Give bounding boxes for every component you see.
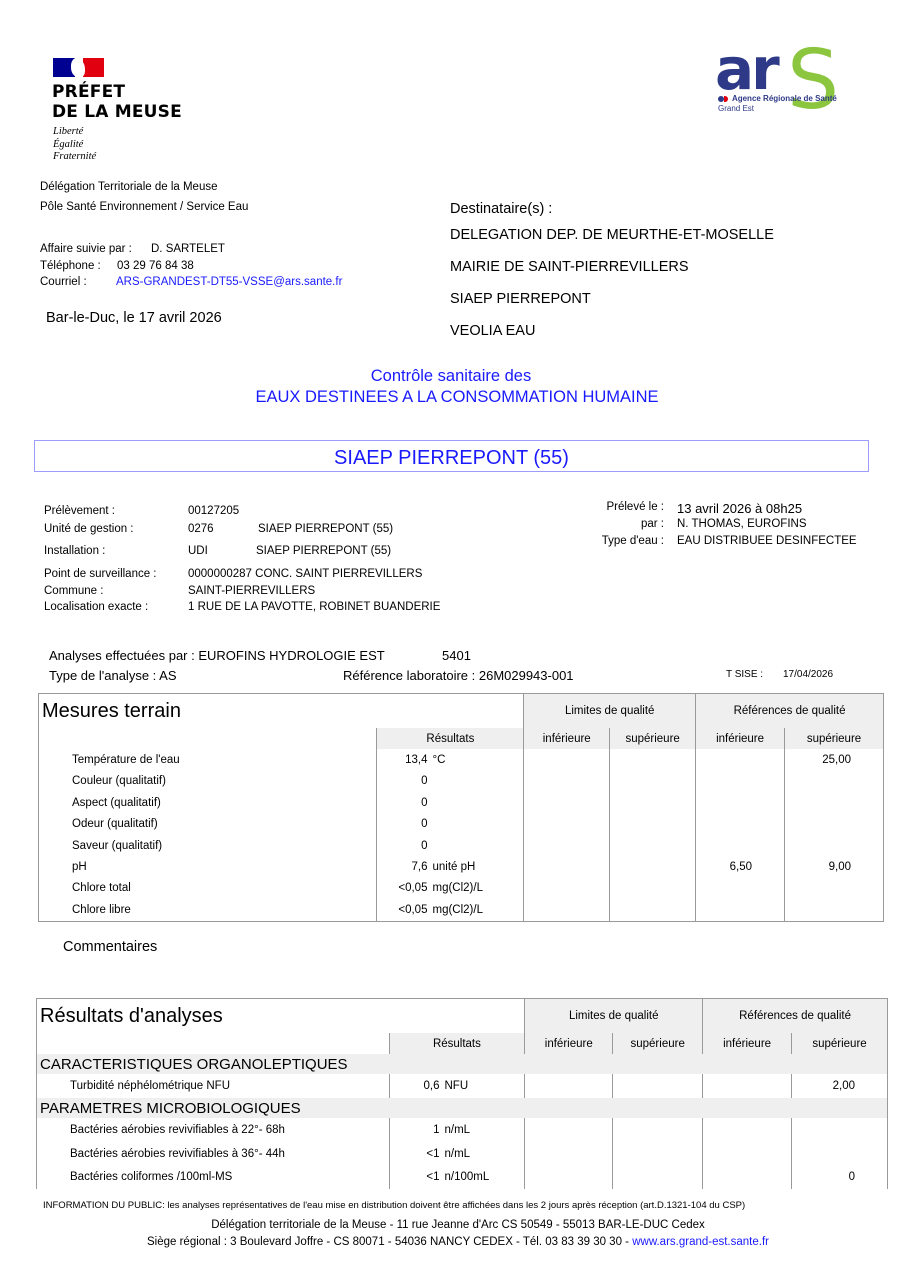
parameter-name: Température de l'eau <box>39 749 377 770</box>
result-cell: 0 <box>377 835 524 856</box>
limites-header: Limites de qualité <box>525 999 703 1034</box>
title-line-2: EAUX DESTINEES A LA CONSOMMATION HUMAINE <box>0 388 900 407</box>
limit-superieure <box>613 1118 703 1142</box>
parameter-name: Chlore total <box>39 878 377 899</box>
resultats-analyses-table: Résultats d'analyses Limites de qualité … <box>36 998 888 1189</box>
result-cell: 1n/mL <box>389 1118 525 1142</box>
section-name: CARACTERISTIQUES ORGANOLEPTIQUES <box>37 1054 888 1074</box>
preleve-le-value: 13 avril 2026 à 08h25 <box>677 501 802 516</box>
limit-superieure <box>610 878 696 899</box>
limit-superieure <box>610 792 696 813</box>
reference-superieure <box>785 792 884 813</box>
references-header: Références de qualité <box>703 999 888 1034</box>
result-value: 1 <box>390 1124 440 1136</box>
references-header: Références de qualité <box>696 694 884 729</box>
result-value: <1 <box>390 1171 440 1183</box>
limit-inferieure <box>524 814 610 835</box>
footer-address: Délégation territoriale de la Meuse - 11… <box>0 1219 900 1231</box>
parameter-name: Bactéries aérobies revivifiables à 36°- … <box>37 1142 390 1166</box>
analyses-effectuees: Analyses effectuées par : EUROFINS HYDRO… <box>49 648 385 663</box>
result-unit: mg(Cl2)/L <box>427 882 482 894</box>
table-row: Bactéries aérobies revivifiables à 36°- … <box>37 1142 888 1166</box>
sender-delegation: Délégation Territoriale de la Meuse <box>40 181 218 193</box>
preleve-le-label: Prélevé le : <box>606 501 664 513</box>
lab-code: 5401 <box>442 648 471 663</box>
recipients-label: Destinataire(s) : <box>450 201 552 217</box>
lim-inf-header: inférieure <box>524 728 610 749</box>
result-value: <0,05 <box>377 882 427 894</box>
limit-inferieure <box>524 878 610 899</box>
section-header-row: PARAMETRES MICROBIOLOGIQUES <box>37 1098 888 1118</box>
reference-inferieure <box>703 1074 792 1098</box>
result-unit: NFU <box>440 1080 469 1092</box>
unite-label: Unité de gestion : <box>44 523 134 535</box>
result-cell: 0 <box>377 814 524 835</box>
unite-name: SIAEP PIERREPONT (55) <box>258 523 393 535</box>
result-value: 0 <box>377 840 427 852</box>
mesures-terrain-title: Mesures terrain <box>39 694 377 729</box>
limit-inferieure <box>524 856 610 877</box>
limit-superieure <box>610 814 696 835</box>
prelevement-value: 00127205 <box>188 505 239 517</box>
result-unit: unité pH <box>427 861 475 873</box>
reference-superieure: 25,00 <box>785 749 884 770</box>
reference-superieure <box>785 814 884 835</box>
reference-inferieure <box>696 878 785 899</box>
limit-superieure <box>610 899 696 921</box>
reference-inferieure: 6,50 <box>696 856 785 877</box>
limites-header: Limites de qualité <box>524 694 696 729</box>
limit-inferieure <box>525 1165 613 1189</box>
lim-sup-header: supérieure <box>613 1033 703 1054</box>
table-row: Odeur (qualitatif)0 <box>39 814 884 835</box>
table-row: Saveur (qualitatif)0 <box>39 835 884 856</box>
courriel-label: Courriel : <box>40 276 87 288</box>
courriel-link[interactable]: ARS-GRANDEST-DT55-VSSE@ars.sante.fr <box>116 276 342 288</box>
parameter-name: Turbidité néphélométrique NFU <box>37 1074 390 1098</box>
reference-superieure <box>785 878 884 899</box>
localisation-label: Localisation exacte : <box>44 601 148 613</box>
point-label: Point de surveillance : <box>44 568 157 580</box>
reference-inferieure <box>696 749 785 770</box>
commentaires-label: Commentaires <box>63 939 157 955</box>
ref-inf-header: inférieure <box>703 1033 792 1054</box>
parameter-name: Aspect (qualitatif) <box>39 792 377 813</box>
section-header-row: CARACTERISTIQUES ORGANOLEPTIQUES <box>37 1054 888 1074</box>
reference-superieure <box>785 835 884 856</box>
limit-inferieure <box>525 1118 613 1142</box>
parameter-name: Saveur (qualitatif) <box>39 835 377 856</box>
section-name: PARAMETRES MICROBIOLOGIQUES <box>37 1098 888 1118</box>
title-line-1: Contrôle sanitaire des <box>0 367 900 386</box>
limit-inferieure <box>524 771 610 792</box>
limit-inferieure <box>525 1142 613 1166</box>
parameter-name: pH <box>39 856 377 877</box>
lim-inf-header: inférieure <box>525 1033 613 1054</box>
recipient-item: DELEGATION DEP. DE MEURTHE-ET-MOSELLE <box>450 227 774 243</box>
table-row: Bactéries coliformes /100ml-MS<1n/100mL0 <box>37 1165 888 1189</box>
result-value: 0 <box>377 797 427 809</box>
resultats-analyses-title: Résultats d'analyses <box>37 999 390 1034</box>
reference-inferieure <box>696 835 785 856</box>
reference-inferieure <box>703 1165 792 1189</box>
ars-letters-ar: ar <box>715 35 777 103</box>
sender-pole: Pôle Santé Environnement / Service Eau <box>40 201 248 213</box>
parameter-name: Odeur (qualitatif) <box>39 814 377 835</box>
limit-superieure <box>613 1074 703 1098</box>
table-row: Température de l'eau13,4°C25,00 <box>39 749 884 770</box>
commune-value: SAINT-PIERREVILLERS <box>188 585 315 597</box>
result-value: 13,4 <box>377 754 427 766</box>
installation-banner: SIAEP PIERREPONT (55) <box>34 440 869 472</box>
table-row: Couleur (qualitatif)0 <box>39 771 884 792</box>
parameter-name: Couleur (qualitatif) <box>39 771 377 792</box>
table-row: Bactéries aérobies revivifiables à 22°- … <box>37 1118 888 1142</box>
result-value: 0 <box>377 818 427 830</box>
recipient-item: MAIRIE DE SAINT-PIERREVILLERS <box>450 259 689 275</box>
type-analyse: Type de l'analyse : AS <box>49 668 177 683</box>
table-row: Turbidité néphélométrique NFU0,6NFU2,00 <box>37 1074 888 1098</box>
website-link[interactable]: www.ars.grand-est.sante.fr <box>632 1236 769 1248</box>
reference-inferieure <box>696 792 785 813</box>
limit-superieure <box>610 856 696 877</box>
limit-superieure <box>613 1142 703 1166</box>
table-row: Chlore libre<0,05mg(Cl2)/L <box>39 899 884 921</box>
reference-inferieure <box>696 814 785 835</box>
installation-code: UDI <box>188 545 208 557</box>
prefet-line-1: PRÉFET <box>52 82 182 102</box>
result-unit: n/100mL <box>440 1171 490 1183</box>
result-cell: 7,6unité pH <box>377 856 524 877</box>
reference-inferieure <box>696 899 785 921</box>
recipient-item: VEOLIA EAU <box>450 323 535 339</box>
table-row: Chlore total<0,05mg(Cl2)/L <box>39 878 884 899</box>
ref-sup-header: supérieure <box>792 1033 888 1054</box>
result-unit: mg(Cl2)/L <box>427 904 482 916</box>
result-value: <0,05 <box>377 904 427 916</box>
installation-name: SIAEP PIERREPONT (55) <box>256 545 391 557</box>
table-row: Aspect (qualitatif)0 <box>39 792 884 813</box>
tsise-value: 17/04/2026 <box>783 669 833 680</box>
devise: Liberté Égalité Fraternité <box>53 126 96 164</box>
result-cell: <0,05mg(Cl2)/L <box>377 878 524 899</box>
recipient-item: SIAEP PIERREPONT <box>450 291 591 307</box>
limit-superieure <box>613 1165 703 1189</box>
result-value: 7,6 <box>377 861 427 873</box>
result-cell: <0,05mg(Cl2)/L <box>377 899 524 921</box>
reference-superieure <box>792 1118 888 1142</box>
reference-superieure: 0 <box>792 1165 888 1189</box>
result-cell: 0 <box>377 792 524 813</box>
reference-superieure <box>785 771 884 792</box>
reference-superieure: 9,00 <box>785 856 884 877</box>
parameter-name: Bactéries coliformes /100ml-MS <box>37 1165 390 1189</box>
result-unit: °C <box>427 754 445 766</box>
limit-inferieure <box>524 899 610 921</box>
reference-superieure <box>792 1142 888 1166</box>
limit-inferieure <box>524 792 610 813</box>
result-value: 0,6 <box>390 1080 440 1092</box>
tsise-label: T SISE : <box>726 669 763 680</box>
localisation-value: 1 RUE DE LA PAVOTTE, ROBINET BUANDERIE <box>188 601 440 613</box>
table-row: pH7,6unité pH6,509,00 <box>39 856 884 877</box>
limit-superieure <box>610 771 696 792</box>
parameter-name: Chlore libre <box>39 899 377 921</box>
ref-sup-header: supérieure <box>785 728 884 749</box>
reference-superieure: 2,00 <box>792 1074 888 1098</box>
ars-chevron-icon <box>724 96 728 102</box>
result-unit: n/mL <box>440 1124 471 1136</box>
par-value: N. THOMAS, EUROFINS <box>677 518 807 530</box>
ars-letter-s: S <box>787 33 839 128</box>
type-eau-value: EAU DISTRIBUEE DESINFECTEE <box>677 535 857 547</box>
lim-sup-header: supérieure <box>610 728 696 749</box>
result-cell: <1n/mL <box>389 1142 525 1166</box>
reference-inferieure <box>696 771 785 792</box>
mesures-terrain-table: Mesures terrain Limites de qualité Référ… <box>38 693 884 922</box>
unite-code: 0276 <box>188 523 214 535</box>
limit-inferieure <box>524 749 610 770</box>
resultats-header: Résultats <box>389 1033 525 1054</box>
marianne-flag-icon <box>53 58 104 77</box>
place-date: Bar-le-Duc, le 17 avril 2026 <box>46 310 222 326</box>
telephone-label: Téléphone : <box>40 260 101 272</box>
affaire-value: D. SARTELET <box>151 243 225 255</box>
installation-label: Installation : <box>44 545 105 557</box>
reference-inferieure <box>703 1118 792 1142</box>
affaire-label: Affaire suivie par : <box>40 243 132 255</box>
ars-region-label: Grand Est <box>718 104 754 113</box>
commune-label: Commune : <box>44 585 103 597</box>
result-cell: <1n/100mL <box>389 1165 525 1189</box>
reference-laboratoire: Référence laboratoire : 26M029943-001 <box>343 668 574 683</box>
result-cell: 0,6NFU <box>389 1074 525 1098</box>
reference-superieure <box>785 899 884 921</box>
limit-inferieure <box>524 835 610 856</box>
reference-inferieure <box>703 1142 792 1166</box>
limit-superieure <box>610 835 696 856</box>
parameter-name: Bactéries aérobies revivifiables à 22°- … <box>37 1118 390 1142</box>
prefet-line-2: DE LA MEUSE <box>52 102 182 122</box>
result-unit: n/mL <box>440 1148 471 1160</box>
information-public: INFORMATION DU PUBLIC: les analyses repr… <box>43 1200 745 1211</box>
limit-superieure <box>610 749 696 770</box>
result-value: 0 <box>377 775 427 787</box>
telephone-value: 03 29 76 84 38 <box>117 260 194 272</box>
footer-siege: Siège régional : 3 Boulevard Joffre - CS… <box>0 1236 900 1248</box>
result-value: <1 <box>390 1148 440 1160</box>
prelevement-label: Prélèvement : <box>44 505 115 517</box>
resultats-header: Résultats <box>377 728 524 749</box>
ars-logo: ar S Agence Régionale de Santé Grand Est <box>715 45 855 125</box>
result-cell: 13,4°C <box>377 749 524 770</box>
result-cell: 0 <box>377 771 524 792</box>
par-label: par : <box>641 518 664 530</box>
limit-inferieure <box>525 1074 613 1098</box>
type-eau-label: Type d'eau : <box>602 535 664 547</box>
ref-inf-header: inférieure <box>696 728 785 749</box>
point-value: 0000000287 CONC. SAINT PIERREVILLERS <box>188 568 422 580</box>
ars-agence-label: Agence Régionale de Santé <box>732 94 837 103</box>
